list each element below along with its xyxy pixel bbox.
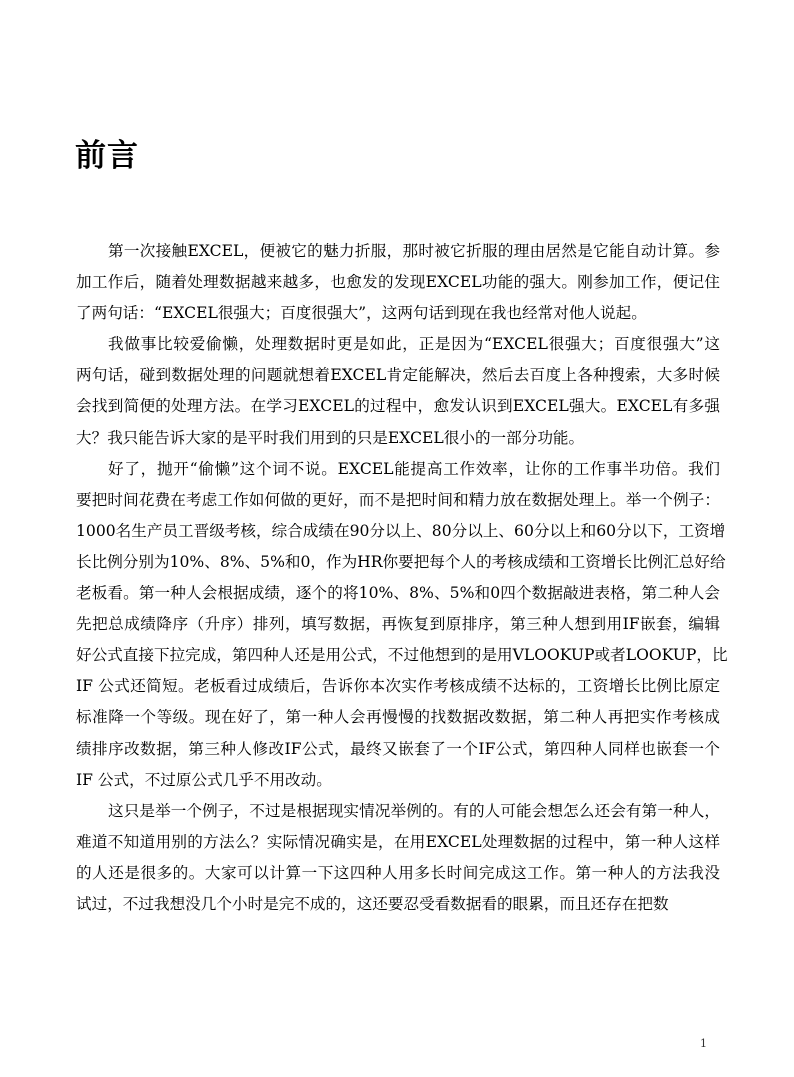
paragraph-3: 好了，抛开“偷懒”这个词不说。EXCEL能提高工作效率，让你的工作事半功倍。我们… xyxy=(76,454,720,796)
text-line: 加工作后，随着处理数据越来越多，也愈发的发现EXCEL功能的强大。刚参加工作，便… xyxy=(76,267,720,298)
text-line: 第一次接触EXCEL，便被它的魅力折服，那时被它折服的理由居然是它能自动计算。参 xyxy=(76,236,720,267)
paragraph-2: 我做事比较爱偷懒，处理数据时更是如此，正是因为“EXCEL很强大；百度很强大”这… xyxy=(76,329,720,453)
text-line: 试过，不过我想没几个小时是完不成的，这还要忍受看数据看的眼累，而且还存在把数 xyxy=(76,889,720,920)
text-line: 先把总成绩降序（升序）排列，填写数据，再恢复到原排序，第三种人想到用IF嵌套，编… xyxy=(76,609,720,640)
text-line: 两句话，碰到数据处理的问题就想着EXCEL肯定能解决，然后去百度上各种搜索，大多… xyxy=(76,360,720,391)
text-line: IF 公式，不过原公式几乎不用改动。 xyxy=(76,765,720,796)
text-line: IF 公式还简短。老板看过成绩后，告诉你本次实作考核成绩不达标的，工资增长比例比… xyxy=(76,671,720,702)
document-page: 前言 第一次接触EXCEL，便被它的魅力折服，那时被它折服的理由居然是它能自动计… xyxy=(0,0,794,1077)
text-line: 1000名生产员工晋级考核，综合成绩在90分以上、80分以上、60分以上和60分… xyxy=(76,516,720,547)
page-title: 前言 xyxy=(75,136,139,176)
text-line: 难道不知道用别的方法么？实际情况确实是，在用EXCEL处理数据的过程中，第一种人… xyxy=(76,827,720,858)
paragraph-1: 第一次接触EXCEL，便被它的魅力折服，那时被它折服的理由居然是它能自动计算。参… xyxy=(76,236,720,329)
page-number: 1 xyxy=(700,1037,707,1051)
text-line: 要把时间花费在考虑工作如何做的更好，而不是把时间和精力放在数据处理上。举一个例子… xyxy=(76,485,720,516)
text-line: 这只是举一个例子，不过是根据现实情况举例的。有的人可能会想怎么还会有第一种人， xyxy=(76,796,720,827)
text-line: 好了，抛开“偷懒”这个词不说。EXCEL能提高工作效率，让你的工作事半功倍。我们 xyxy=(76,454,720,485)
text-line: 长比例分别为10%、8%、5%和0，作为HR你要把每个人的考核成绩和工资增长比例… xyxy=(76,547,720,578)
text-line: 了两句话：“EXCEL很强大；百度很强大”，这两句话到现在我也经常对他人说起。 xyxy=(76,298,720,329)
text-line: 标准降一个等级。现在好了，第一种人会再慢慢的找数据改数据，第二种人再把实作考核成 xyxy=(76,702,720,733)
preface-body: 第一次接触EXCEL，便被它的魅力折服，那时被它折服的理由居然是它能自动计算。参… xyxy=(76,236,720,920)
text-line: 绩排序改数据，第三种人修改IF公式，最终又嵌套了一个IF公式，第四种人同样也嵌套… xyxy=(76,734,720,765)
paragraph-4: 这只是举一个例子，不过是根据现实情况举例的。有的人可能会想怎么还会有第一种人， … xyxy=(76,796,720,920)
text-line: 我做事比较爱偷懒，处理数据时更是如此，正是因为“EXCEL很强大；百度很强大”这 xyxy=(76,329,720,360)
text-line: 的人还是很多的。大家可以计算一下这四种人用多长时间完成这工作。第一种人的方法我没 xyxy=(76,858,720,889)
text-line: 大？我只能告诉大家的是平时我们用到的只是EXCEL很小的一部分功能。 xyxy=(76,423,720,454)
text-line: 好公式直接下拉完成，第四种人还是用公式，不过他想到的是用VLOOKUP或者LOO… xyxy=(76,640,720,671)
text-line: 会找到简便的处理方法。在学习EXCEL的过程中，愈发认识到EXCEL强大。EXC… xyxy=(76,391,720,422)
text-line: 老板看。第一种人会根据成绩，逐个的将10%、8%、5%和0四个数据敲进表格，第二… xyxy=(76,578,720,609)
